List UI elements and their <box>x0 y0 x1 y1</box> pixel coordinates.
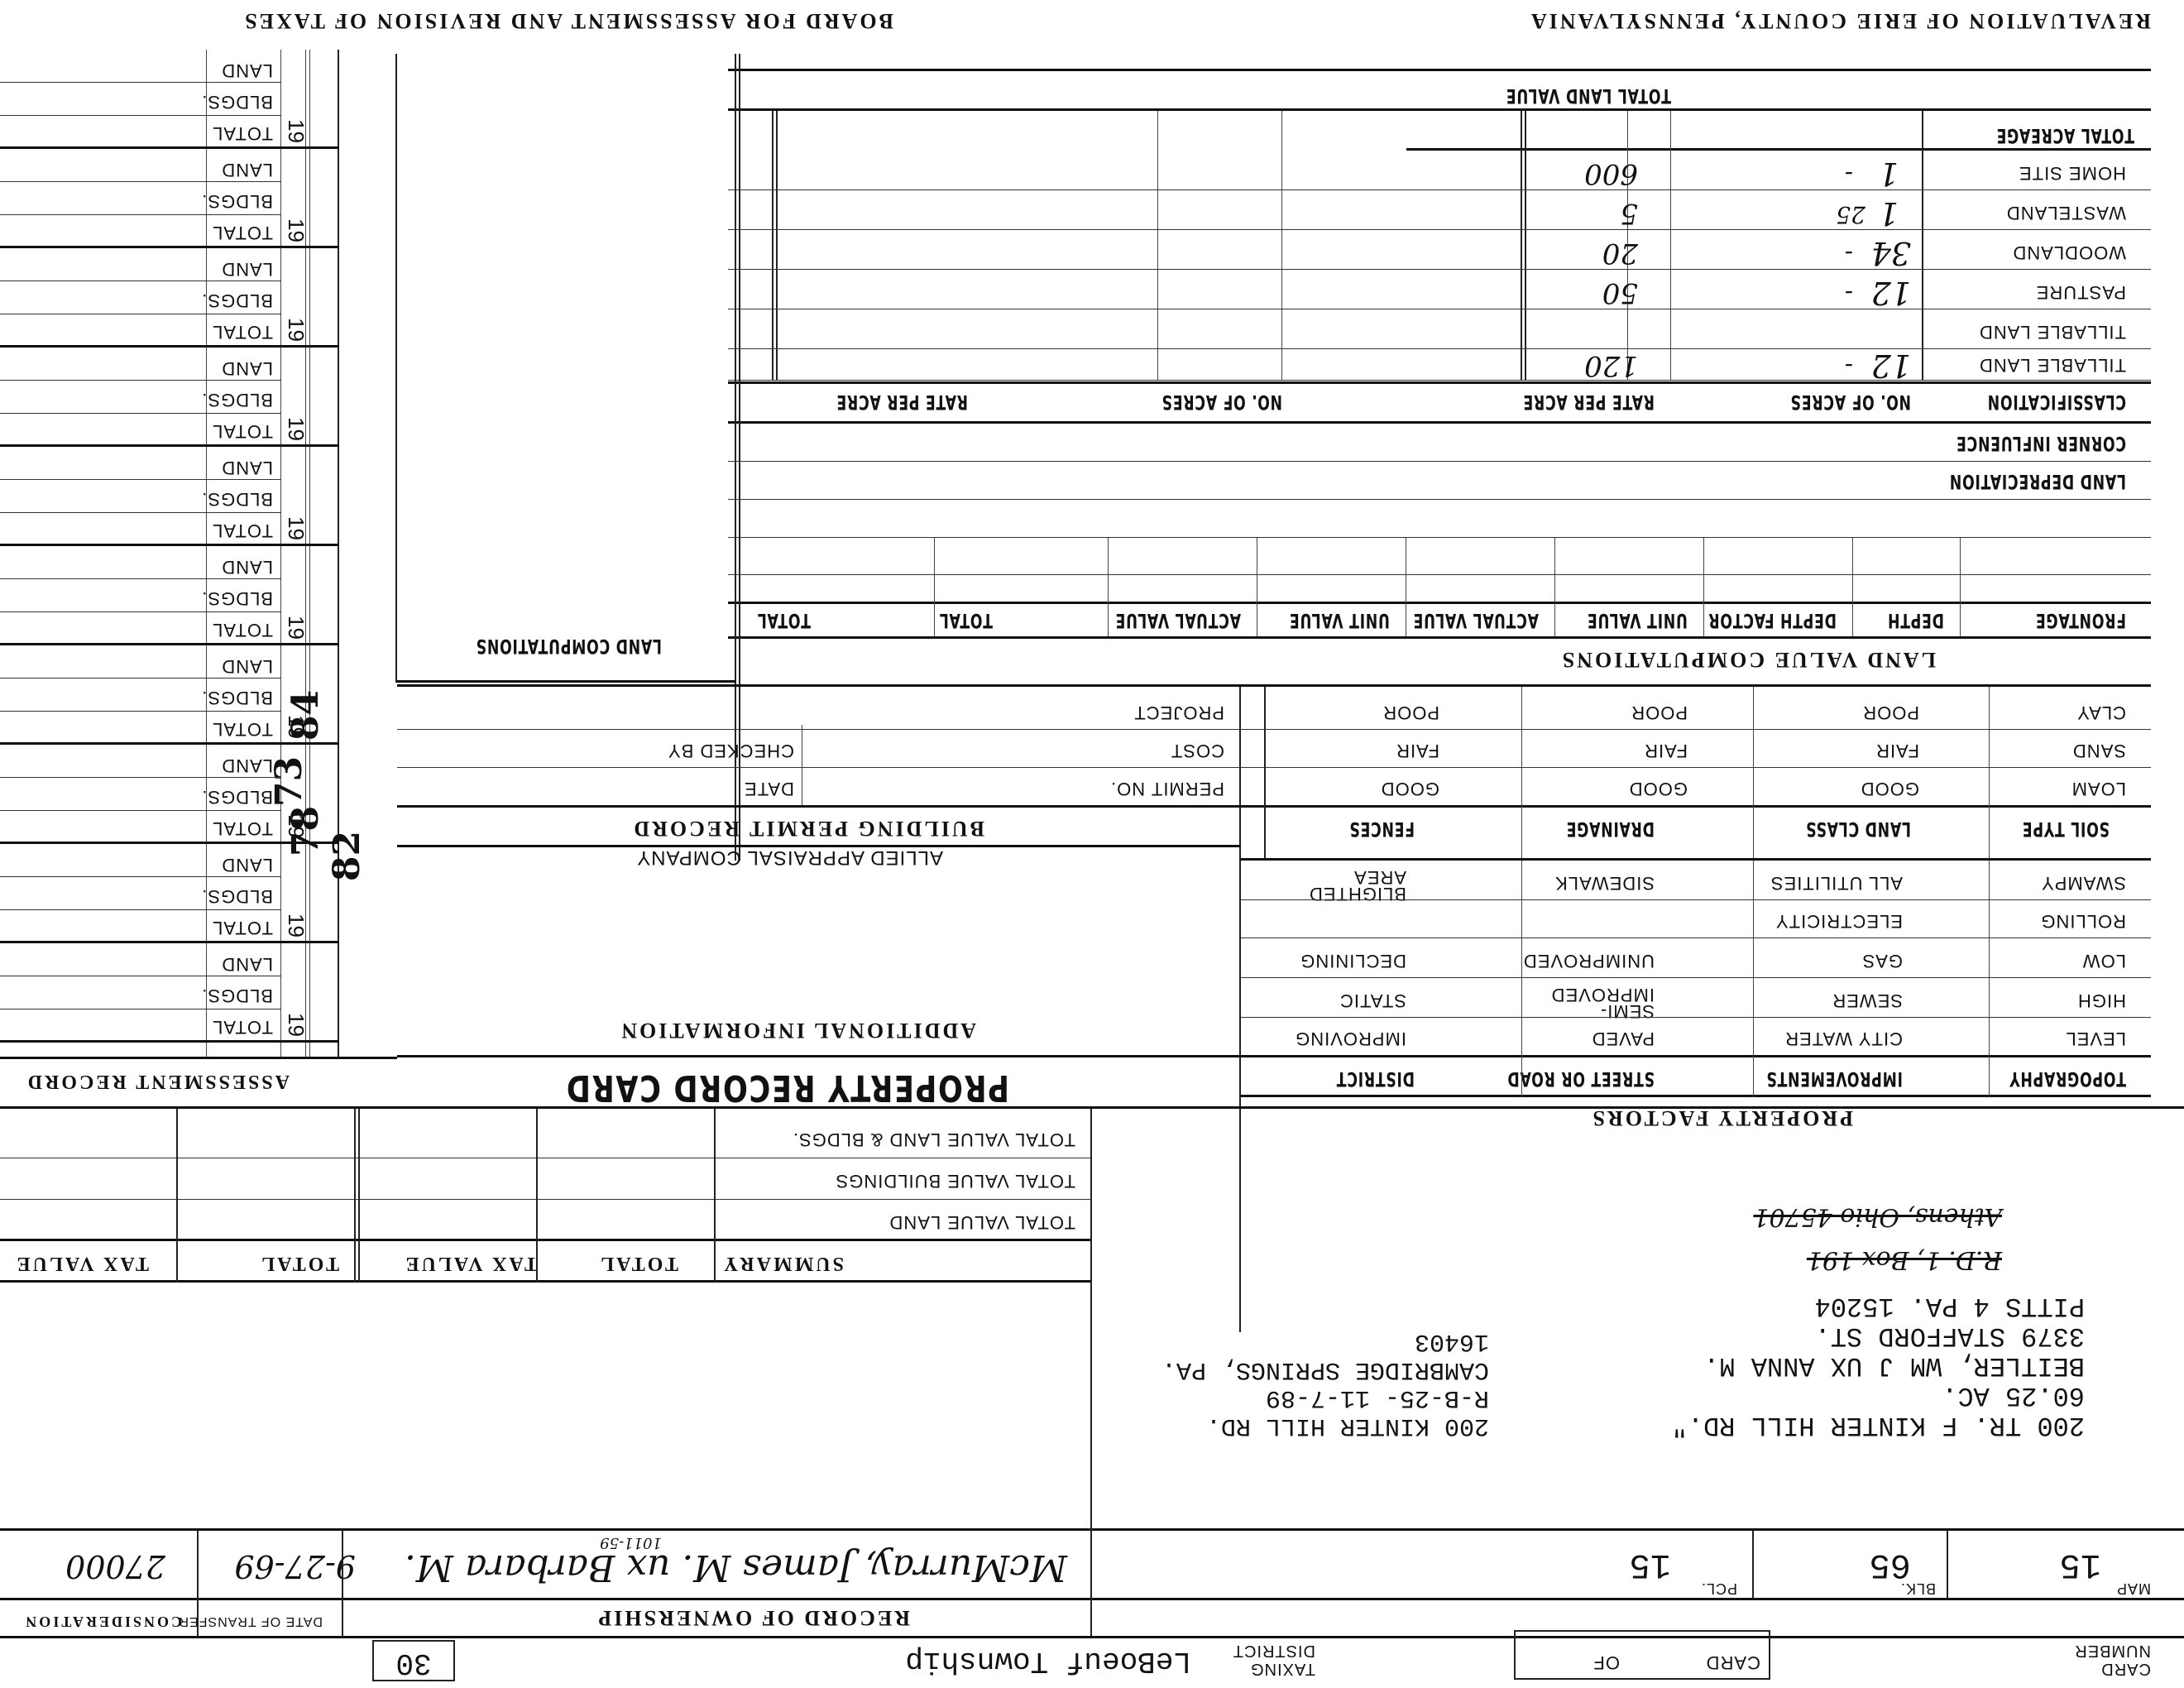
classification-header: CLASSIFICATION <box>1987 391 2126 414</box>
assessment-row-label: BLDGS. <box>201 786 273 808</box>
assessment-row-label: LAND <box>221 159 273 180</box>
improvements-header: IMPROVEMENTS <box>1766 1067 1903 1091</box>
stamp-year-73: 73 <box>268 756 310 807</box>
imp-sewer: SEWER <box>1832 990 1903 1011</box>
col-depth: DEPTH <box>1887 609 1944 632</box>
assessment-row-label: LAND <box>221 556 273 578</box>
card-number-label: CARD NUMBER <box>2068 1642 2151 1678</box>
acres-value: 12 <box>1871 275 1911 311</box>
drainage-poor: POOR <box>1631 702 1688 723</box>
acres-fraction: - <box>1845 279 1853 308</box>
pcl-label: PCL. <box>1701 1580 1737 1597</box>
road-unimproved: UNIMPROVED <box>1523 950 1655 971</box>
rate-value: 20 <box>1602 237 1638 270</box>
rate-value: 5 <box>1620 197 1638 230</box>
row-label: WOODLAND <box>2012 242 2126 263</box>
col-frontage: FRONTAGE <box>2035 609 2126 632</box>
assessment-row-label: TOTAL <box>212 420 273 442</box>
acres-value: 1 <box>1879 195 1899 232</box>
appraisal-company: ALLIED APPRAISAL COMPANY <box>636 846 943 869</box>
acres-value: 1 <box>1879 156 1899 192</box>
topo-level: LEVEL <box>2066 1028 2127 1049</box>
district-declining: DECLINING <box>1300 950 1406 971</box>
summary-total-1: TOTAL <box>598 1252 678 1274</box>
address-line-1: 200 TR. F KINTER HILL RD." <box>1672 1410 2085 1440</box>
district-header: DISTRICT <box>1336 1067 1415 1091</box>
checked-by-label: CHECKED BY <box>668 740 794 761</box>
topo-low: LOW <box>2082 950 2126 971</box>
struck-address-1: R.D. 1, Box 191 <box>1807 1245 2002 1274</box>
corner-influence-label: CORNER INFLUENCE <box>1956 432 2126 455</box>
total-buildings-label: TOTAL VALUE BUILDINGS <box>836 1170 1075 1192</box>
struck-address-2: Athens, Ohio 45701 <box>1753 1202 2002 1231</box>
year-prefix: 19 <box>283 516 309 540</box>
topography-header: TOPOGRAPHY <box>2009 1067 2126 1091</box>
soil-type-header: SOIL TYPE <box>2022 818 2110 841</box>
summary-total-2: TOTAL <box>259 1252 339 1274</box>
rate-value: 600 <box>1584 157 1638 190</box>
year-prefix: 19 <box>283 417 309 441</box>
street-line: 3379 STAFFORD ST. <box>1672 1321 2085 1350</box>
new-address-lines: 200 KINTER HILL RD. R-B-25- 11-7-89 CAMB… <box>1161 1327 1489 1440</box>
row-label: TILLABLE LAND <box>1979 321 2126 343</box>
col-total: TOTAL <box>939 609 993 632</box>
card-label: CARD <box>1706 1652 1760 1673</box>
assessment-row-label: LAND <box>221 60 273 81</box>
land-value-computations-title: LAND VALUE COMPUTATIONS <box>1560 647 1936 672</box>
assessment-row-label: LAND <box>221 357 273 379</box>
date-of-transfer-label: DATE OF TRANSFER <box>178 1614 323 1628</box>
assessment-row-label: TOTAL <box>212 619 273 640</box>
row-label: WASTELAND <box>2006 202 2126 223</box>
acres-fraction: 25 <box>1836 201 1865 228</box>
street-road-header: STREET OR ROAD <box>1507 1067 1655 1091</box>
card-title: PROPERTY RECORD CARD <box>565 1067 1009 1109</box>
year-prefix: 19 <box>283 119 309 143</box>
col-actual-value-2: ACTUAL VALUE <box>1115 609 1241 632</box>
owner-lines: 200 TR. F KINTER HILL RD." 60.25 AC. BEI… <box>1672 1291 2085 1440</box>
assessment-row-label: BLDGS. <box>201 190 273 212</box>
owner-name-line: BEITLER, WM J UX ANNA M. <box>1672 1350 2085 1380</box>
acres-header: NO. OF ACRES <box>1790 391 1911 414</box>
assessment-row-label: TOTAL <box>212 520 273 541</box>
assessment-row-label: TOTAL <box>212 222 273 243</box>
year-prefix: 19 <box>283 616 309 640</box>
city-line: PITTS 4 PA. 15204 <box>1672 1291 2085 1321</box>
assessment-row-label: LAND <box>221 258 273 280</box>
col-unit-value: UNIT VALUE <box>1587 609 1688 632</box>
township-name: LeBoeuf Township <box>905 1644 1191 1678</box>
assessment-row-label: BLDGS. <box>201 488 273 510</box>
soil-loam: LOAM <box>2071 778 2126 799</box>
drainage-fair: FAIR <box>1644 740 1688 761</box>
assessment-row-label: TOTAL <box>212 818 273 839</box>
topo-high: HIGH <box>2077 990 2126 1011</box>
acres-header-2: NO. OF ACRES <box>1161 391 1282 414</box>
owner-name: McMurray, James M. ux Barbara M. <box>405 1547 1067 1589</box>
consideration-label: CONSIDERATION <box>23 1613 182 1630</box>
district-blighted: BLIGHTED AREA <box>1282 869 1406 902</box>
total-land-label: TOTAL VALUE LAND <box>889 1211 1075 1233</box>
stamp-year-82: 82 <box>326 831 368 881</box>
assessment-row-label: BLDGS. <box>201 587 273 609</box>
district-improving: IMPROVING <box>1295 1028 1406 1049</box>
total-land-bldgs-label: TOTAL VALUE LAND & BLDGS. <box>793 1129 1075 1150</box>
card-of-box[interactable]: CARD OF <box>1514 1630 1770 1680</box>
assessment-row-label: BLDGS. <box>201 885 273 907</box>
soil-clay: CLAY <box>2076 702 2126 723</box>
acres-value: 12 <box>1871 348 1911 384</box>
permit-no-label: PERMIT NO. <box>1110 778 1224 799</box>
imp-gas: GAS <box>1862 950 1903 971</box>
landclass-poor: POOR <box>1862 702 1919 723</box>
summary-title: SUMMARY <box>721 1252 844 1274</box>
year-prefix: 19 <box>283 218 309 242</box>
row-label: HOME SITE <box>2019 162 2126 184</box>
board-title: BOARD FOR ASSESSMENT AND REVISION OF TAX… <box>242 8 893 33</box>
rate-value: 120 <box>1584 349 1638 382</box>
assessment-row-label: BLDGS. <box>201 389 273 410</box>
acres-fraction: - <box>1845 239 1853 268</box>
land-depreciation-label: LAND DEPRECIATION <box>1949 470 2126 493</box>
transfer-date: 9-27-69 <box>234 1548 356 1585</box>
assessment-row-label: LAND <box>221 953 273 975</box>
summary-tax-2: TAX VALUE <box>15 1252 149 1274</box>
col-unit-value-2: UNIT VALUE <box>1289 609 1390 632</box>
rate-value: 50 <box>1602 276 1638 309</box>
acres-fraction: - <box>1845 160 1853 189</box>
assessment-row-label: BLDGS. <box>201 687 273 708</box>
of-label: OF <box>1592 1652 1620 1673</box>
assessment-row-label: BLDGS. <box>201 985 273 1006</box>
assessment-row-label: BLDGS. <box>201 91 273 113</box>
row-label: PASTURE <box>2036 281 2126 303</box>
district-code-box: 30 <box>372 1640 455 1681</box>
acreage-line: 60.25 AC. <box>1672 1380 2085 1410</box>
new-address-1: 200 KINTER HILL RD. <box>1161 1412 1489 1440</box>
blk-value: 65 <box>1870 1545 1911 1585</box>
new-address-zip: 16403 <box>1161 1327 1489 1355</box>
drainage-good: GOOD <box>1629 778 1688 799</box>
deed-reference: 1011-59 <box>600 1534 662 1551</box>
land-computations-title: LAND COMPUTATIONS <box>476 635 662 658</box>
landclass-fair: FAIR <box>1875 740 1919 761</box>
revaluation-title: REVALUATION OF ERIE COUNTY, PENNSYLVANIA <box>1529 8 2151 33</box>
col-depth-factor: DEPTH FACTOR <box>1708 609 1837 632</box>
assessment-row-label: TOTAL <box>212 718 273 740</box>
road-sidewalk: SIDEWALK <box>1554 872 1655 894</box>
building-permit-title: BUILDING PERMIT RECORD <box>631 816 984 841</box>
total-land-value-label: TOTAL LAND VALUE <box>1506 84 1671 108</box>
map-value: 15 <box>2060 1545 2101 1585</box>
rate-header-2: RATE PER ACRE <box>836 391 968 414</box>
year-prefix: 19 <box>283 914 309 938</box>
assessment-row-label: TOTAL <box>212 321 273 343</box>
taxing-district-label: TAXING DISTRICT <box>1200 1642 1315 1678</box>
imp-all-utilities: ALL UTILITIES <box>1770 872 1903 894</box>
rate-header: RATE PER ACRE <box>1523 391 1655 414</box>
year-prefix: 19 <box>283 715 309 739</box>
cost-label: COST <box>1171 740 1224 761</box>
year-prefix: 19 <box>283 814 309 838</box>
new-address-code: R-B-25- 11-7-89 <box>1161 1383 1489 1412</box>
map-label: MAP <box>2116 1580 2151 1597</box>
assessment-row-label: BLDGS. <box>201 290 273 311</box>
fences-header: FENCES <box>1349 818 1415 841</box>
assessment-row-label: TOTAL <box>212 917 273 938</box>
soil-sand: SAND <box>2072 740 2126 761</box>
project-label: PROJECT <box>1133 702 1224 723</box>
additional-info-title: ADDITIONAL INFORMATION <box>619 1018 976 1043</box>
col-total-2: TOTAL <box>757 609 811 632</box>
assessment-row-label: LAND <box>221 854 273 875</box>
year-prefix: 19 <box>283 1013 309 1037</box>
land-class-header: LAND CLASS <box>1805 818 1911 841</box>
topo-swampy: SWAMPY <box>2041 872 2126 894</box>
assessment-row-label: LAND <box>221 457 273 478</box>
row-label: TILLABLE LAND <box>1979 354 2126 376</box>
ownership-title: RECORD OF OWNERSHIP <box>596 1605 910 1630</box>
property-record-card: REVALUATION OF ERIE COUNTY, PENNSYLVANIA… <box>0 0 2184 1688</box>
property-factors-title: PROPERTY FACTORS <box>1591 1105 1853 1130</box>
summary-tax-1: TAX VALUE <box>404 1252 538 1274</box>
road-semi-improved: SEMI-IMPROVED <box>1530 986 1655 1019</box>
acres-fraction: - <box>1845 352 1853 381</box>
assessment-row-label: TOTAL <box>212 122 273 144</box>
imp-electricity: ELECTRICITY <box>1775 910 1903 932</box>
assessment-row-label: LAND <box>221 655 273 677</box>
new-address-city: CAMBRIDGE SPRINGS, PA. <box>1161 1355 1489 1383</box>
fences-poor: POOR <box>1382 702 1439 723</box>
assessment-row-label: LAND <box>221 755 273 776</box>
acres-value: 34 <box>1871 235 1911 271</box>
pcl-value: 15 <box>1630 1545 1671 1585</box>
imp-city-water: CITY WATER <box>1784 1028 1903 1049</box>
year-prefix: 19 <box>283 318 309 342</box>
drainage-header: DRAINAGE <box>1566 818 1655 841</box>
topo-rolling: ROLLING <box>2040 910 2126 932</box>
consideration-value: 27000 <box>65 1548 165 1585</box>
date-label: DATE <box>744 778 794 799</box>
col-actual-value: ACTUAL VALUE <box>1413 609 1539 632</box>
fences-good: GOOD <box>1381 778 1439 799</box>
assessment-row-label: TOTAL <box>212 1016 273 1038</box>
fences-fair: FAIR <box>1396 740 1439 761</box>
assessment-record-title: ASSESSMENT RECORD <box>26 1070 290 1092</box>
road-paved: PAVED <box>1592 1028 1655 1049</box>
total-acreage-label: TOTAL ACREAGE <box>1996 124 2134 147</box>
landclass-good: GOOD <box>1861 778 1919 799</box>
district-static: STATIC <box>1339 990 1406 1011</box>
